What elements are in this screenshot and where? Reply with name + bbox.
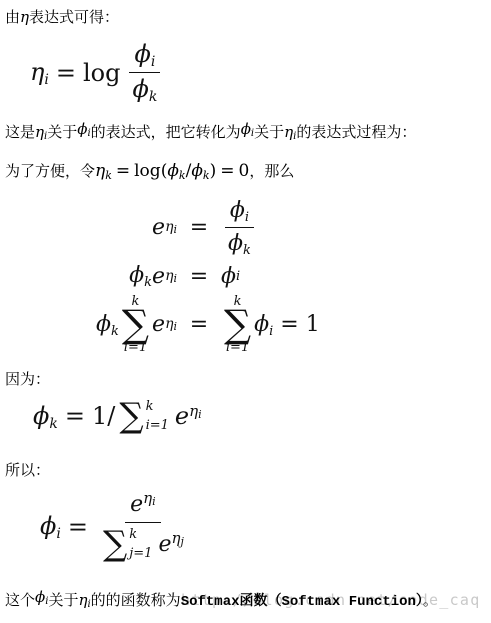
eta-subscript: k <box>105 169 112 182</box>
summation: ∑kj=1 <box>103 526 152 562</box>
conclusion-text-2: 关于 <box>48 591 78 609</box>
phi-symbol: ϕ <box>35 588 45 606</box>
derivation-row2-rhs: ϕi <box>221 264 240 289</box>
eta-subscript: j <box>180 535 183 548</box>
equals-sign: = <box>68 513 88 541</box>
phi-symbol: ϕ <box>191 161 203 181</box>
fraction: eηi ∑kj=1eηj <box>97 490 189 563</box>
eta-symbol: η <box>95 161 105 181</box>
phi-subscript: i <box>151 54 155 70</box>
formula-eta-lhs: ηi <box>30 58 49 87</box>
e-symbol: e <box>158 532 171 557</box>
phi-symbol: ϕ <box>228 231 243 256</box>
sum-scripts: ki=1 <box>146 398 169 434</box>
softmax-term-bold: Softmax函数（Softmax Function） <box>181 594 423 610</box>
convert-text-3: 的表达式，把它转化为 <box>91 123 241 141</box>
e-symbol: e <box>130 492 143 517</box>
phi-subscript: k <box>149 89 157 105</box>
convert-text-1: 这是 <box>5 123 35 141</box>
formula-phik-display: ϕk = 1/ ∑ki=1 eηi <box>33 398 202 434</box>
e-symbol: e <box>152 215 165 240</box>
eta-subscript: i <box>173 223 177 236</box>
derivation-row3-lhs: ϕkk∑i=1eηi <box>96 294 177 355</box>
let-paragraph: 为了方便，令ηk=log(ϕk/ϕk)=0，那么 <box>5 161 294 181</box>
sum-scripts: kj=1 <box>129 526 152 562</box>
equals-sign: = <box>280 312 298 337</box>
equals-sign: = <box>56 59 76 87</box>
formula-eta-display: ηi = log ϕi ϕk <box>30 40 164 105</box>
so-label: 所以： <box>5 460 50 480</box>
log-operator: log <box>83 59 121 87</box>
summation: k∑i=1 <box>224 294 251 355</box>
equals-sign: = <box>190 264 208 289</box>
phi-subscript: k <box>243 243 251 258</box>
log-operator: log <box>134 161 161 181</box>
sigma-symbol: ∑ <box>224 309 251 340</box>
convert-text-4: 关于 <box>254 123 284 141</box>
summation: ∑ki=1 <box>119 398 169 434</box>
phi-i-term: ϕi <box>254 312 273 338</box>
derivation-row1-lhs: eηi <box>152 215 177 240</box>
conclusion-paragraph: 这个ϕi关于ηi的的函数称为Softmax函数（Softmax Function… <box>5 590 438 612</box>
inline-math-eta: η <box>20 8 29 26</box>
e-term: eηj <box>158 531 183 557</box>
eta-symbol: η <box>30 58 44 86</box>
phi-subscript: i <box>87 128 90 139</box>
phi-symbol: ϕ <box>40 512 56 540</box>
eta-subscript: i <box>44 72 48 88</box>
zero-literal: 0 <box>238 161 249 181</box>
phi-symbol: ϕ <box>132 75 148 103</box>
convert-paragraph: 这是ηi关于ϕi的表达式，把它转化为ϕi关于ηi的表达式过程为： <box>5 122 416 142</box>
eta-symbol: η <box>284 123 293 141</box>
one-over-literal: 1/ <box>92 402 115 430</box>
phi-symbol: ϕ <box>241 120 251 138</box>
close-paren: ) <box>210 161 217 181</box>
equals-sign: = <box>116 161 130 181</box>
fraction-denominator: ϕk <box>223 228 256 258</box>
intro-text-post: 表达式可得： <box>29 8 119 26</box>
because-label: 因为： <box>5 369 50 389</box>
derivation-row3-rhs: k∑i=1ϕi=1 <box>221 294 320 355</box>
document-page: 由η表达式可得： ηi = log ϕi ϕk 这是ηi关于ϕi的表达式，把它转… <box>0 0 491 623</box>
phi-symbol: ϕ <box>134 40 150 68</box>
equals-sign: = <box>220 161 234 181</box>
phi-subscript: k <box>179 169 186 182</box>
fraction-denominator: ∑kj=1eηj <box>97 523 189 563</box>
conclusion-text-1: 这个 <box>5 591 35 609</box>
phi-symbol: ϕ <box>96 312 111 337</box>
conclusion-text-3: 的的函数称为 <box>91 591 181 609</box>
phi-symbol: ϕ <box>254 312 269 337</box>
exponent: ηi <box>165 317 177 332</box>
sigma-symbol: ∑ <box>119 401 143 432</box>
exponent: ηi <box>143 489 156 507</box>
let-text-1: 为了方便，令 <box>5 162 95 180</box>
formula-softmax-display: ϕi = eηi ∑kj=1eηj <box>40 490 191 563</box>
eta-subscript: i <box>173 320 177 333</box>
eta-subscript: i <box>173 272 177 285</box>
phi-symbol: ϕ <box>33 402 49 430</box>
derivation-row1-rhs: ϕiϕk <box>221 197 258 258</box>
equals-sign: = <box>65 402 85 430</box>
eta-subscript: i <box>198 408 202 421</box>
phi-subscript: i <box>251 128 254 139</box>
fraction-numerator: eηi <box>125 490 161 523</box>
exponent: ηi <box>165 269 177 284</box>
inline-math-let-formula: ηk=log(ϕk/ϕk)=0 <box>95 161 249 181</box>
eta-subscript: i <box>152 495 156 508</box>
equals-sign: = <box>190 215 208 240</box>
phi-subscript: k <box>144 275 152 290</box>
one-literal: 1 <box>306 312 320 337</box>
fraction: ϕi ϕk <box>127 40 162 105</box>
inline-math-phi-i: ϕi <box>241 119 254 139</box>
convert-text-2: 关于 <box>47 123 77 141</box>
eta-symbol: η <box>143 489 152 507</box>
inline-math-phi-i: ϕi <box>77 119 90 139</box>
formula-softmax-lhs: ϕi <box>40 512 61 541</box>
phi-symbol: ϕ <box>129 263 144 288</box>
phi-subscript: i <box>45 596 48 607</box>
eta-symbol: η <box>35 123 44 141</box>
phi-subscript: k <box>203 169 210 182</box>
sum-lower-limit: i=1 <box>146 419 169 432</box>
phi-symbol: ϕ <box>167 161 179 181</box>
derivation-row2-lhs: ϕkeηi <box>129 263 177 289</box>
phi-subscript: k <box>111 324 119 339</box>
fraction-numerator: ϕi <box>129 40 160 73</box>
e-symbol: e <box>152 264 165 289</box>
phi-subscript: i <box>236 270 240 283</box>
exponent: ηi <box>165 220 177 235</box>
inline-math-eta-i: ηi <box>78 591 90 609</box>
sigma-symbol: ∑ <box>122 309 149 340</box>
sum-lower-limit: j=1 <box>129 547 152 560</box>
e-symbol: e <box>175 402 189 430</box>
formula-phik-lhs: ϕk <box>33 402 58 431</box>
fraction-numerator: ϕi <box>225 197 254 228</box>
let-text-2: ，那么 <box>249 162 294 180</box>
phi-k-term: ϕk <box>129 263 152 289</box>
phi-symbol: ϕ <box>77 120 87 138</box>
convert-text-5: 的表达式过程为： <box>296 123 416 141</box>
phi-subscript: k <box>49 416 57 432</box>
inline-math-eta-i: ηi <box>284 123 296 141</box>
exponent: ηi <box>189 402 202 420</box>
intro-text-pre: 由 <box>5 8 20 26</box>
phi-subscript: i <box>245 210 249 225</box>
sum-upper-limit: k <box>146 400 169 413</box>
phi-k-term: ϕk <box>96 312 119 338</box>
summation: k∑i=1 <box>122 294 149 355</box>
phi-symbol: ϕ <box>230 198 245 223</box>
inline-math-eta-i: ηi <box>35 123 47 141</box>
fraction-denominator: ϕk <box>127 73 162 105</box>
phi-symbol: ϕ <box>221 264 236 289</box>
inline-math-phi-i: ϕi <box>35 587 48 607</box>
sum-lower-limit: i=1 <box>124 340 147 355</box>
sigma-symbol: ∑ <box>103 529 127 560</box>
equals-sign: = <box>190 312 208 337</box>
fraction: ϕiϕk <box>223 197 256 258</box>
phi-subscript: i <box>56 526 60 542</box>
eta-symbol: η <box>189 402 198 420</box>
intro-paragraph: 由η表达式可得： <box>5 7 119 27</box>
e-term: eηi <box>175 402 202 430</box>
sum-upper-limit: k <box>129 528 152 541</box>
sum-lower-limit: i=1 <box>226 340 249 355</box>
exponent: ηj <box>171 529 183 547</box>
phi-subscript: i <box>269 324 273 339</box>
derivation-block: eηi = ϕiϕk ϕkeηi = ϕi ϕkk∑i=1eηi = k∑i=1… <box>96 197 320 355</box>
conclusion-period: 。 <box>423 591 438 609</box>
e-symbol: e <box>152 312 165 337</box>
